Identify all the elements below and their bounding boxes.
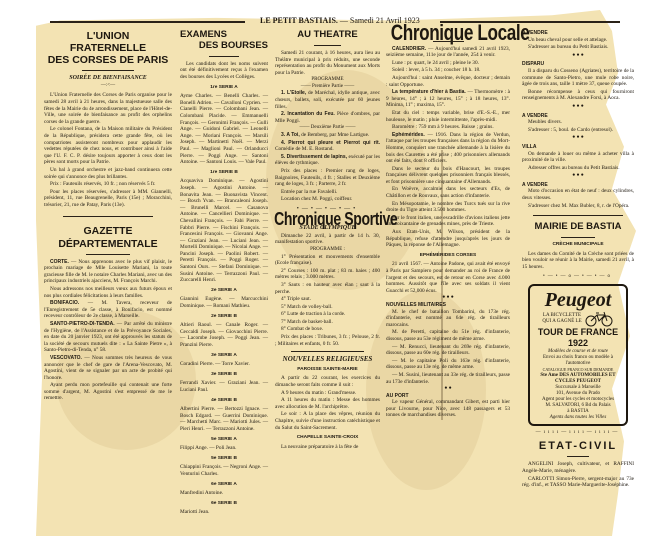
sport-programme-label: PROGRAMME : bbox=[275, 247, 380, 254]
sport-items: 1° Présentation et mouvements d'ensemble… bbox=[275, 254, 380, 334]
serie-names: Manfredini Antoine. bbox=[180, 490, 268, 497]
serie-heading: 4e SERIE B bbox=[180, 398, 268, 405]
item-heading: 1. L'Etoile, bbox=[281, 90, 308, 96]
military-item: — M. Susini, lieutenant au 33e rég. de t… bbox=[386, 372, 510, 385]
theatre-prices: Prix des places : Premier rang de loges,… bbox=[275, 168, 380, 188]
separator: —:<— bbox=[44, 83, 172, 90]
item-heading: 4. Pierrot qui pleure et Pierrot qui rit… bbox=[281, 140, 380, 146]
classifieds: A VENDREUn beau cheval pour selle et att… bbox=[522, 30, 634, 209]
serie-names: Ferrandi Xavier. — Graziani Jean. — Luci… bbox=[180, 380, 268, 393]
local-item: Sur le front italien, une escadrille d'a… bbox=[386, 215, 510, 228]
ornament-stars: ● ● ● bbox=[522, 53, 634, 60]
ephemerides-corses-heading: EPHÉMÉRIDES CORSES bbox=[386, 253, 510, 260]
gazette-item: Nous adressons nos meilleurs vœux aux fu… bbox=[44, 286, 172, 299]
title-line: DÉPARTEMENTALE bbox=[44, 238, 172, 250]
paper-name: LE PETIT BASTIAIS. bbox=[260, 16, 338, 25]
sport-item: 4° Triple saut. bbox=[275, 296, 380, 303]
theatre-booking: Location chez M. Poggi, coiffeur. bbox=[275, 196, 380, 203]
programme-item: 3. A Toi, de Bemberg, par Mme Lartigue. bbox=[275, 132, 380, 139]
creche-heading: CRÈCHE MUNICIPALE bbox=[522, 242, 634, 249]
column-theatre-sport: AU THEATRE Samedi 21 courant, à 16 heure… bbox=[275, 30, 380, 451]
serie-heading: 6e SERIE B bbox=[180, 501, 268, 508]
section-rule bbox=[63, 216, 153, 217]
serie-names: Coradini Pierre. — Torre Xavier. bbox=[180, 361, 268, 368]
serie-names: Mariotti Jean. bbox=[180, 509, 268, 516]
ad-line: Envoi au choix franco ou modèle à l'auto… bbox=[534, 355, 622, 367]
peugeot-advertisement: Peugeot LA BICYCLETTE QUI A GAGNÉ LE TOU… bbox=[528, 284, 628, 426]
mairie-text: Les dames du Comité de la Crèche sont pr… bbox=[522, 251, 634, 271]
serie-names: Albertini Pierre. — Bertozzi Ignace. — B… bbox=[180, 406, 268, 432]
part2-label: —— Deuxième Partie —— bbox=[275, 125, 380, 132]
local-item: En Mésopotamie, le nombre des Turcs tués… bbox=[386, 201, 510, 214]
soiree-subtitle: SOIRÉE DE BIENFAISANCE bbox=[44, 75, 172, 82]
serie-heading: 1re SERIE B bbox=[180, 170, 268, 177]
serie-heading: 6e SERIE A bbox=[180, 482, 268, 489]
ornament-stars: ● ● bbox=[386, 386, 510, 393]
item-heading: 2. Incantation du Feu. bbox=[281, 111, 337, 117]
theatre-title: AU THEATRE bbox=[275, 30, 380, 41]
item-heading: CORTE. bbox=[50, 259, 71, 265]
parish-item: Le soir : A la place des vêpres, réunion… bbox=[275, 411, 380, 431]
sport-intro: Dimanche 22 avril, à partir de 14 h. 30,… bbox=[275, 233, 380, 246]
ornament-rule bbox=[86, 254, 131, 255]
gazette-item: VESCOVATO. — Nous sommes très heureux de… bbox=[44, 355, 172, 381]
serie-names: Ayme Charles. — Benelli Charles. — Bonel… bbox=[180, 93, 268, 166]
masthead-rule-left bbox=[50, 21, 245, 23]
sport-title: Chronique Sportive bbox=[274, 216, 367, 223]
military-item: — M. Renucci, lieutenant du 269e rég. d'… bbox=[386, 344, 510, 357]
parish-item: A 11 heures du matin : Messe des hommes … bbox=[275, 397, 380, 410]
classified-line: S'adresser : 5, boul. de Cardo (entresol… bbox=[522, 127, 634, 134]
classified-line: Moto d'occasion en état de neuf : deux c… bbox=[522, 188, 634, 201]
union-title: L'UNION FRATERNELLE DES CORSES DE PARIS bbox=[44, 30, 172, 66]
title-line: DES CORSES DE PARIS bbox=[44, 54, 172, 66]
gazette-item: SANTO-PIETRO-DI-TENDA. — Par arrêté du m… bbox=[44, 321, 172, 354]
part1-items: 1. L'Etoile, de Maréchal, idylle antique… bbox=[275, 90, 380, 124]
sport-item: 1° Présentation et mouvements d'ensemble… bbox=[275, 254, 380, 267]
etat-civil-items: ANGELINI Joseph, cultivateur, et RAFFINI… bbox=[522, 461, 634, 488]
military-item: M. le chef de bataillon Tombarini, du 17… bbox=[386, 309, 510, 329]
local-items: CALENDRIER. — Aujourd'hui samedi 21 avri… bbox=[386, 46, 510, 249]
sport-item: 2° Courses : 100 m. plat ; 83 m. haies ;… bbox=[275, 268, 380, 281]
section-rule bbox=[291, 351, 365, 352]
column-annonces: A VENDREUn beau cheval pour selle et att… bbox=[522, 30, 634, 490]
examens-intro: Les candidats dont les noms suivent ont … bbox=[180, 61, 268, 81]
etat-civil-item: ANGELINI Joseph, cultivateur, et RAFFINI… bbox=[522, 461, 634, 474]
article-paragraph: Un bal à grand orchestre et jazz-band co… bbox=[44, 167, 172, 180]
chronique-locale-title: Chronique Locale bbox=[391, 30, 496, 37]
etat-civil-item: CARLOTTI Simon-Pierre, sergent-major au … bbox=[522, 476, 634, 489]
sport-item: 5° Match de volley-ball. bbox=[275, 304, 380, 311]
ornament-stars: ● ● ● bbox=[522, 173, 634, 180]
ornament-rule bbox=[82, 70, 133, 71]
local-item: En Woëvre, accalmie dans les secteurs d'… bbox=[386, 186, 510, 199]
port-text: Le vapeur Général, commandant Gibert, es… bbox=[386, 399, 510, 419]
gazette-items: CORTE. — Nous apprenons avec le plus vif… bbox=[44, 259, 172, 402]
part2-items: 3. A Toi, de Bemberg, par Mme Lartigue.4… bbox=[275, 132, 380, 167]
ornament-rule bbox=[561, 237, 595, 238]
classified-line: S'adresser au bureau du Petit Bastiais. bbox=[522, 44, 634, 51]
peugeot-logo: Peugeot bbox=[534, 289, 622, 311]
column-examens-bourses: EXAMENS DES BOURSES Les candidats dont l… bbox=[180, 30, 268, 517]
serie-names: Giannini Eugène. — Marcucchini Dominique… bbox=[180, 296, 268, 309]
title-line: GAZETTE bbox=[44, 225, 172, 237]
article-paragraph: L'Union Fraternelle des Corses de Paris … bbox=[44, 92, 172, 125]
item-heading: CALENDRIER. bbox=[392, 46, 428, 52]
masthead-separator: — bbox=[340, 16, 348, 25]
ornament-rule bbox=[209, 56, 240, 57]
part1-label: —— Première Partie —— bbox=[275, 84, 380, 91]
serie-names: Acquaviva Dominique. — Agostini Joseph. … bbox=[180, 178, 268, 284]
ornament-stars: ● ● ● bbox=[522, 104, 634, 111]
parish1-items: A partir du 22 courant, les exercices du… bbox=[275, 375, 380, 431]
serie-names: Altieri Raoul. — Canale Roger. — Ceccald… bbox=[180, 322, 268, 348]
item-heading: La température d'hier à Bastia. bbox=[392, 89, 467, 95]
military-item: M. de Peretti, capitaine du 51e rég. d'i… bbox=[386, 329, 510, 342]
section-rule bbox=[533, 215, 623, 216]
ad-headline: TOUR DE FRANCE 1922 bbox=[534, 327, 622, 349]
ornament-rule bbox=[567, 456, 589, 457]
classified-line: Un beau cheval pour selle et attelage. bbox=[522, 37, 634, 44]
bicycle-icon bbox=[584, 311, 614, 327]
local-item: CALENDRIER. — Aujourd'hui samedi 21 avri… bbox=[386, 46, 510, 59]
classified-line: S'adresser chez M. Max Bubler, 8, r. de … bbox=[522, 203, 634, 210]
classified-heading: A VENDRE bbox=[522, 113, 634, 120]
parish-item: A 9 heures du matin : Grand'messe. bbox=[275, 390, 380, 397]
programme-item: 2. Incantation du Feu. Pièce d'ombres, p… bbox=[275, 111, 380, 124]
serie-names: Chiappini François. — Negroni Ange. — Ve… bbox=[180, 464, 268, 477]
military-item: — M. le capitaine Poli du 163e rég. d'in… bbox=[386, 358, 510, 371]
title-line: L'UNION bbox=[44, 30, 172, 42]
item-heading: BONIFACIO. bbox=[50, 300, 88, 306]
programme-item: 1. L'Etoile, de Maréchal, idylle antique… bbox=[275, 90, 380, 110]
programme-item: 5. Divertissement de lapins, exécuté par… bbox=[275, 154, 380, 167]
item-heading: 3. A Toi, bbox=[281, 132, 301, 138]
ornament-rule bbox=[433, 41, 464, 42]
series-list: 1re SERIE AAyme Charles. — Benelli Charl… bbox=[180, 85, 268, 516]
local-item: Aux Etats-Unis, M. Wilson, président de … bbox=[386, 229, 510, 249]
classified-line: Meubles divers. bbox=[522, 119, 634, 126]
classified-heading: DISPARU bbox=[522, 61, 634, 68]
sport-prices: Prix des places : Tribunes, 3 fr. ; Pelo… bbox=[275, 334, 380, 347]
classified-line: Bonne récompense à ceux qui fourniront r… bbox=[522, 89, 634, 102]
local-item: Lune : pr. quart, le 24 avril ; pleine l… bbox=[386, 60, 510, 67]
classified-line: On demande à louer ou même à acheter vil… bbox=[522, 151, 634, 164]
article-paragraph: Prix : Fauteuils réservés, 10 fr. ; non … bbox=[44, 181, 172, 188]
mairie-title: MAIRIE DE BASTIA bbox=[522, 222, 634, 233]
gazette-title: GAZETTE DÉPARTEMENTALE bbox=[44, 225, 172, 249]
classified-line: Adresser offres au bureau du Petit Basti… bbox=[522, 165, 634, 172]
local-item: Dans le secteur du bois d'Haucourt, les … bbox=[386, 166, 510, 186]
etat-civil-title: ETAT-CIVIL bbox=[522, 440, 634, 453]
local-item: Aujourd'hui : saint Anselme, évêque, doc… bbox=[386, 75, 510, 88]
ephemerides-corses-text: 21 avril 1567. — Antoine Padone, qui ava… bbox=[386, 261, 510, 294]
gazette-item: BONIFACIO. — M. Tavera, receveur de l'En… bbox=[44, 300, 172, 320]
parish-heading: PAROISSE SAINTE-MARIE bbox=[275, 367, 380, 374]
theatre-intro: Samedi 21 courant, à 16 heures, aura lie… bbox=[275, 50, 380, 76]
serie-heading: 5e SERIE A bbox=[180, 437, 268, 444]
classified-heading: A VENDRE bbox=[522, 30, 634, 37]
serie-heading: 5e SERIE B bbox=[180, 456, 268, 463]
article-paragraph: Pour les places réservées, s'adresser à … bbox=[44, 189, 172, 209]
item-heading: Ephémérides. bbox=[392, 132, 427, 138]
religious-title: NOUVELLES RELIGIEUSES bbox=[275, 356, 380, 363]
title-line: FRATERNELLE bbox=[44, 42, 172, 54]
column-chronique-locale: Chronique Locale CALENDRIER. — Aujourd'h… bbox=[386, 30, 510, 420]
serie-heading: 1re SERIE A bbox=[180, 85, 268, 92]
sport-item: 8° Combat de boxe. bbox=[275, 326, 380, 333]
serie-heading: 3e SERIE A bbox=[180, 353, 268, 360]
dotted-rule: •—•—o—•—•—o bbox=[522, 274, 634, 281]
programme-label: PROGRAMME bbox=[275, 77, 380, 84]
sport-item: 3° Sauts : en hauteur avec élan ; saut à… bbox=[275, 282, 380, 295]
parish2-text: La neuvaine préparatoire à la fête de bbox=[275, 444, 380, 451]
parish-item: A partir du 22 courant, les exercices du… bbox=[275, 375, 380, 388]
article-paragraph: Le colonel Fontana, de la Maison militai… bbox=[44, 126, 172, 166]
ornament-rule bbox=[314, 45, 340, 46]
parish-heading: CHAPELLE SAINTE-CROIX bbox=[275, 435, 380, 442]
military-heading: NOUVELLES MILITAIRES bbox=[386, 302, 510, 309]
ornament-stars: ● ● ● bbox=[386, 295, 510, 302]
ad-line: Agents dans toutes les Villes bbox=[534, 415, 622, 421]
sport-item: 6° Lutte de traction à la corde. bbox=[275, 311, 380, 318]
item-heading: SANTO-PIETRO-DI-TENDA. bbox=[50, 321, 117, 327]
ornament-stars: ● ● ● bbox=[522, 135, 634, 142]
masthead: LE PETIT BASTIAIS. — Samedi 21 Avril 192… bbox=[40, 16, 635, 26]
serie-heading: 2e SERIE B bbox=[180, 314, 268, 321]
classified-heading: VILLA bbox=[522, 144, 634, 151]
sport-item: 7° Match de basket-ball. bbox=[275, 319, 380, 326]
item-heading: 5. Divertissement de lapins, bbox=[281, 154, 348, 160]
gazette-item: CORTE. — Nous apprenons avec le plus vif… bbox=[44, 259, 172, 285]
local-item: Etat du ciel : temps variable, brise d'E… bbox=[386, 110, 510, 123]
column-union-fraternelle: L'UNION FRATERNELLE DES CORSES DE PARIS … bbox=[44, 30, 172, 403]
port-heading: AU PORT bbox=[386, 393, 510, 400]
ad-line: QUI A GAGNÉ LE bbox=[542, 319, 581, 325]
theatre-entry: Entrée par la rue Favalelli. bbox=[275, 189, 380, 196]
dotted-rule: —ıııı—ıııı—ıııı— bbox=[522, 430, 634, 437]
military-items: M. le chef de bataillon Tombarini, du 17… bbox=[386, 309, 510, 386]
classified-line: Il a disparu du Cosseno (Agriates), terr… bbox=[522, 68, 634, 88]
local-item: La température d'hier à Bastia. — Thermo… bbox=[386, 89, 510, 109]
serie-names: Filippi Ange. — Poli Jean. bbox=[180, 445, 268, 452]
serie-heading: 3e SERIE B bbox=[180, 372, 268, 379]
programme-item: 4. Pierrot qui pleure et Pierrot qui rit… bbox=[275, 140, 380, 153]
gazette-item: Ayant perdu mon portefeuille qui contena… bbox=[44, 382, 172, 402]
item-heading: VESCOVATO. bbox=[50, 355, 84, 361]
local-item: Soleil : lever, à 5 h. 34 ; coucher 18 h… bbox=[386, 67, 510, 74]
local-item: Ephémérides. — 1916. Dans la région de V… bbox=[386, 132, 510, 165]
examens-title-line2: DES BOURSES bbox=[180, 41, 268, 52]
local-item: Baromètre : 759 mm à 9 heures. Baisse ; … bbox=[386, 124, 510, 131]
serie-heading: 2e SERIE A bbox=[180, 288, 268, 295]
ad-line: Ste Ame DES AUTOMOBILES ET CYCLES PEUGEO… bbox=[534, 373, 622, 385]
